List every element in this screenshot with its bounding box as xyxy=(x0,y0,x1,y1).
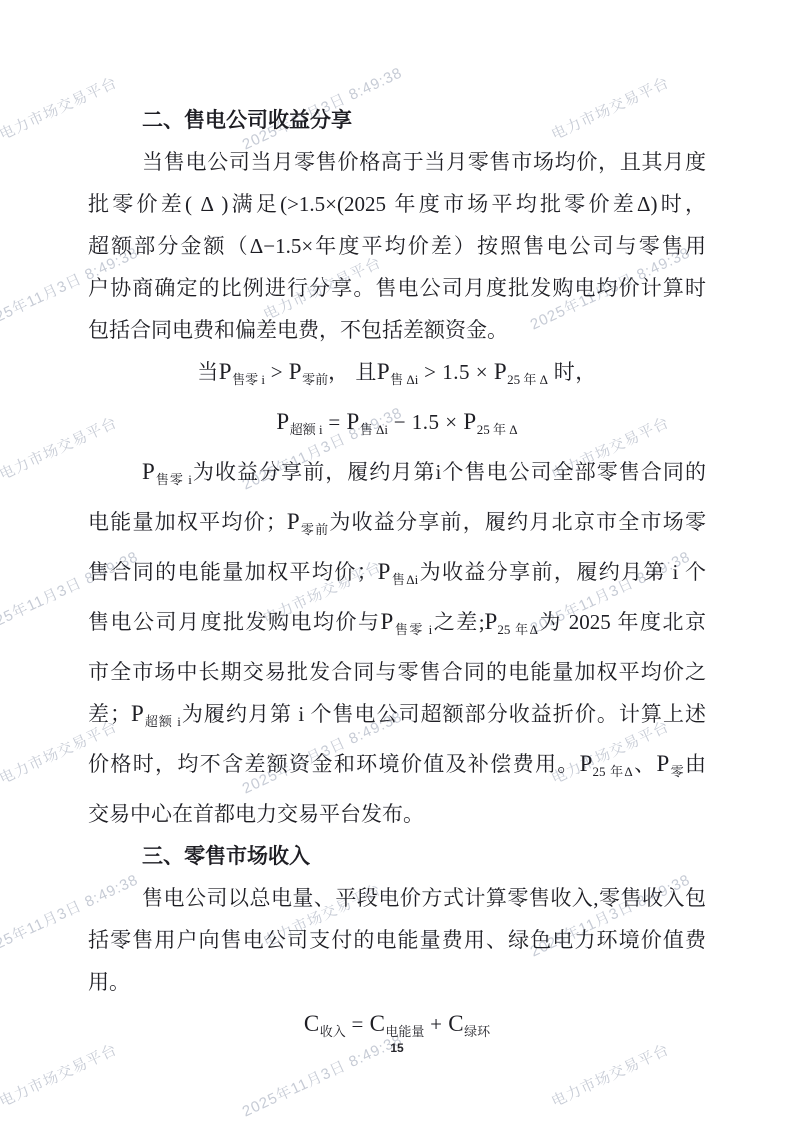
heading-line: 二、售电公司收益分享 xyxy=(88,99,706,141)
text-line: 当售电公司当月零售价格高于当月零售市场均价，且其月度 xyxy=(88,141,706,183)
variable-base: P xyxy=(580,751,593,776)
variable-base: C xyxy=(304,1011,320,1036)
variable-subscript: 25 年 Δ xyxy=(477,422,518,437)
variable-subscript: 超额 i xyxy=(144,714,181,729)
text-line: 户协商确定的比例进行分享。售电公司月度批发购电均价计算时 xyxy=(88,267,706,309)
variable-subscript: 售零 i xyxy=(393,622,432,637)
variable-base: P xyxy=(377,359,390,384)
variable-subscript: 收入 xyxy=(320,1024,346,1039)
variable-base: P xyxy=(287,509,300,534)
variable-subscript: 超额 i xyxy=(290,422,323,437)
variable-base: P xyxy=(346,409,359,434)
para-definitions: P售零 i为收益分享前，履约月第i个售电公司全部零售合同的电能量加权平均价；P零… xyxy=(88,451,706,835)
variable-base: P xyxy=(276,409,289,434)
text-line: 电能量加权平均价；P零前为收益分享前，履约月北京市全市场零 xyxy=(88,501,706,551)
text-line: 包括合同电费和偏差电费，不包括差额资金。 xyxy=(88,309,706,351)
variable-base: P xyxy=(494,359,507,384)
para-revenue-sharing-rule: 当售电公司当月零售价格高于当月零售市场均价，且其月度批零价差( Δ )满足(>1… xyxy=(88,141,706,351)
variable-base: C xyxy=(370,1011,386,1036)
section-heading-retail-income: 三、零售市场收入 xyxy=(88,835,706,877)
formula-line: P超额 i = P售 Δi − 1.5 × P25 年 Δ xyxy=(88,401,706,451)
variable-subscript: 售零 i xyxy=(232,372,265,387)
document-body: 二、售电公司收益分享 当售电公司当月零售价格高于当月零售市场均价，且其月度批零价… xyxy=(88,99,706,1053)
variable-base: P xyxy=(219,359,232,384)
text-line: 售合同的电能量加权平均价；P售Δi为收益分享前，履约月第 i 个 xyxy=(88,551,706,601)
variable-subscript: 电能量 xyxy=(385,1024,424,1039)
variable-base: P xyxy=(463,409,476,434)
text-line: 括零售用户向售电公司支付的电能量费用、绿色电力环境价值费 xyxy=(88,919,706,961)
text-line: 交易中心在首都电力交易平台发布。 xyxy=(88,793,706,835)
variable-base: C xyxy=(448,1011,464,1036)
variable-base: P xyxy=(289,359,302,384)
text-line: P售零 i为收益分享前，履约月第i个售电公司全部零售合同的 xyxy=(88,451,706,501)
heading-line: 三、零售市场收入 xyxy=(88,835,706,877)
variable-subscript: 零前 xyxy=(302,372,328,387)
variable-base: P xyxy=(131,701,144,726)
formula-line: 当P售零 i > P零前， 且P售 Δi > 1.5 × P25 年 Δ 时， xyxy=(88,351,706,401)
formula-excess-price: P超额 i = P售 Δi − 1.5 × P25 年 Δ xyxy=(88,401,706,451)
variable-subscript: 零 xyxy=(669,764,685,779)
text-line: 市全市场中长期交易批发合同与零售合同的电能量加权平均价之 xyxy=(88,651,706,693)
variable-subscript: 售Δi xyxy=(390,572,418,587)
variable-subscript: 25 年Δ xyxy=(592,764,632,779)
variable-subscript: 售 Δi xyxy=(360,422,388,437)
variable-base: P xyxy=(656,751,669,776)
variable-base: P xyxy=(485,609,498,634)
variable-base: P xyxy=(142,459,155,484)
text-line: 价格时，均不含差额资金和环境价值及补偿费用。P25 年Δ、P零由 xyxy=(88,743,706,793)
text-line: 售电公司月度批发购电均价与P售零 i之差;P25 年Δ为 2025 年度北京 xyxy=(88,601,706,651)
text-line: 批零价差( Δ )满足(>1.5×(2025 年度市场平均批零价差Δ)时， xyxy=(88,183,706,225)
text-line: 超额部分金额（Δ−1.5×年度平均价差）按照售电公司与零售用 xyxy=(88,225,706,267)
variable-subscript: 25 年 Δ xyxy=(507,372,548,387)
document-page: 电力市场交易平台2025年11月3日 8:49:38电力市场交易平台2025年1… xyxy=(0,0,794,1123)
variable-subscript: 售零 i xyxy=(155,472,192,487)
para-retail-income: 售电公司以总电量、平段电价方式计算零售收入,零售收入包括零售用户向售电公司支付的… xyxy=(88,877,706,1003)
page-number: 15 xyxy=(0,1041,794,1055)
text-line: 用。 xyxy=(88,961,706,1003)
variable-base: P xyxy=(381,609,394,634)
text-line: 差；P超额 i为履约月第 i 个售电公司超额部分收益折价。计算上述 xyxy=(88,693,706,743)
formula-condition: 当P售零 i > P零前， 且P售 Δi > 1.5 × P25 年 Δ 时， xyxy=(88,351,706,401)
text-line: 售电公司以总电量、平段电价方式计算零售收入,零售收入包 xyxy=(88,877,706,919)
section-heading-revenue-sharing: 二、售电公司收益分享 xyxy=(88,99,706,141)
variable-subscript: 25 年Δ xyxy=(497,622,538,637)
variable-subscript: 零前 xyxy=(300,522,330,537)
variable-subscript: 售 Δi xyxy=(390,372,418,387)
variable-subscript: 绿环 xyxy=(464,1024,490,1039)
variable-base: P xyxy=(378,559,391,584)
